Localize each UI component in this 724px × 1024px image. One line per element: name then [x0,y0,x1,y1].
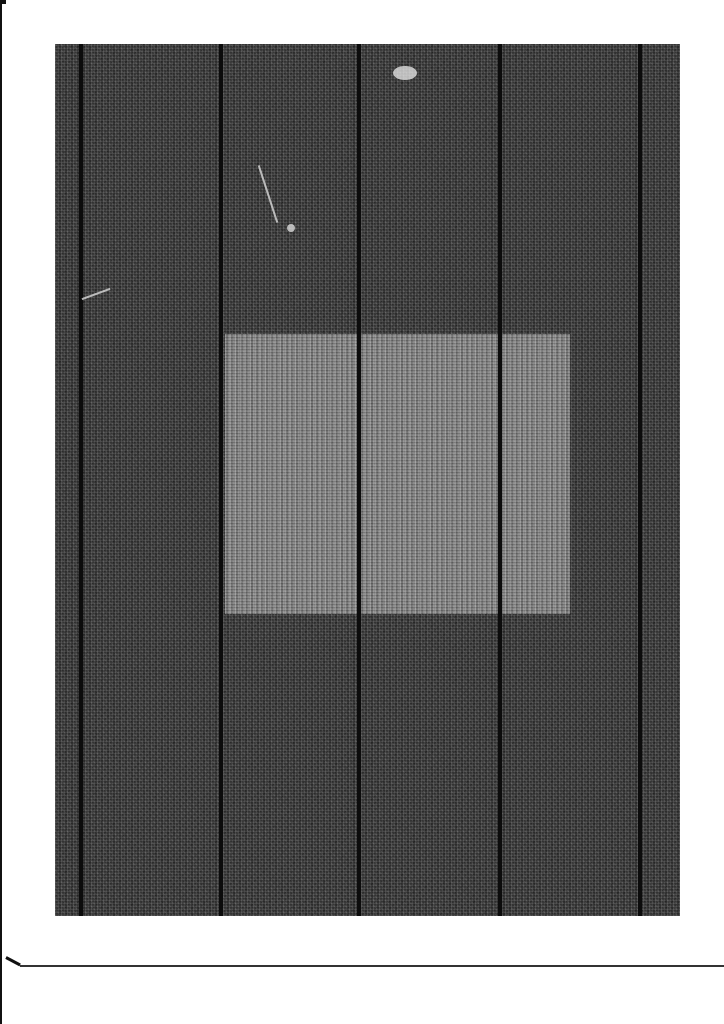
baseline-tick [5,956,21,966]
wood-plank-rubbing [55,44,680,916]
scratch-mark [287,224,295,232]
wood-knot [393,66,417,80]
plank-seam [79,44,83,916]
plank-seam [219,44,223,916]
scratch-mark [82,288,111,300]
baseline-rule [20,965,724,967]
plank-seam [498,44,502,916]
light-rectangular-patch [225,334,570,614]
scratch-mark [258,165,278,223]
scan-left-edge [0,4,2,1024]
plank-seam [357,44,361,916]
plank-seam [638,44,642,916]
